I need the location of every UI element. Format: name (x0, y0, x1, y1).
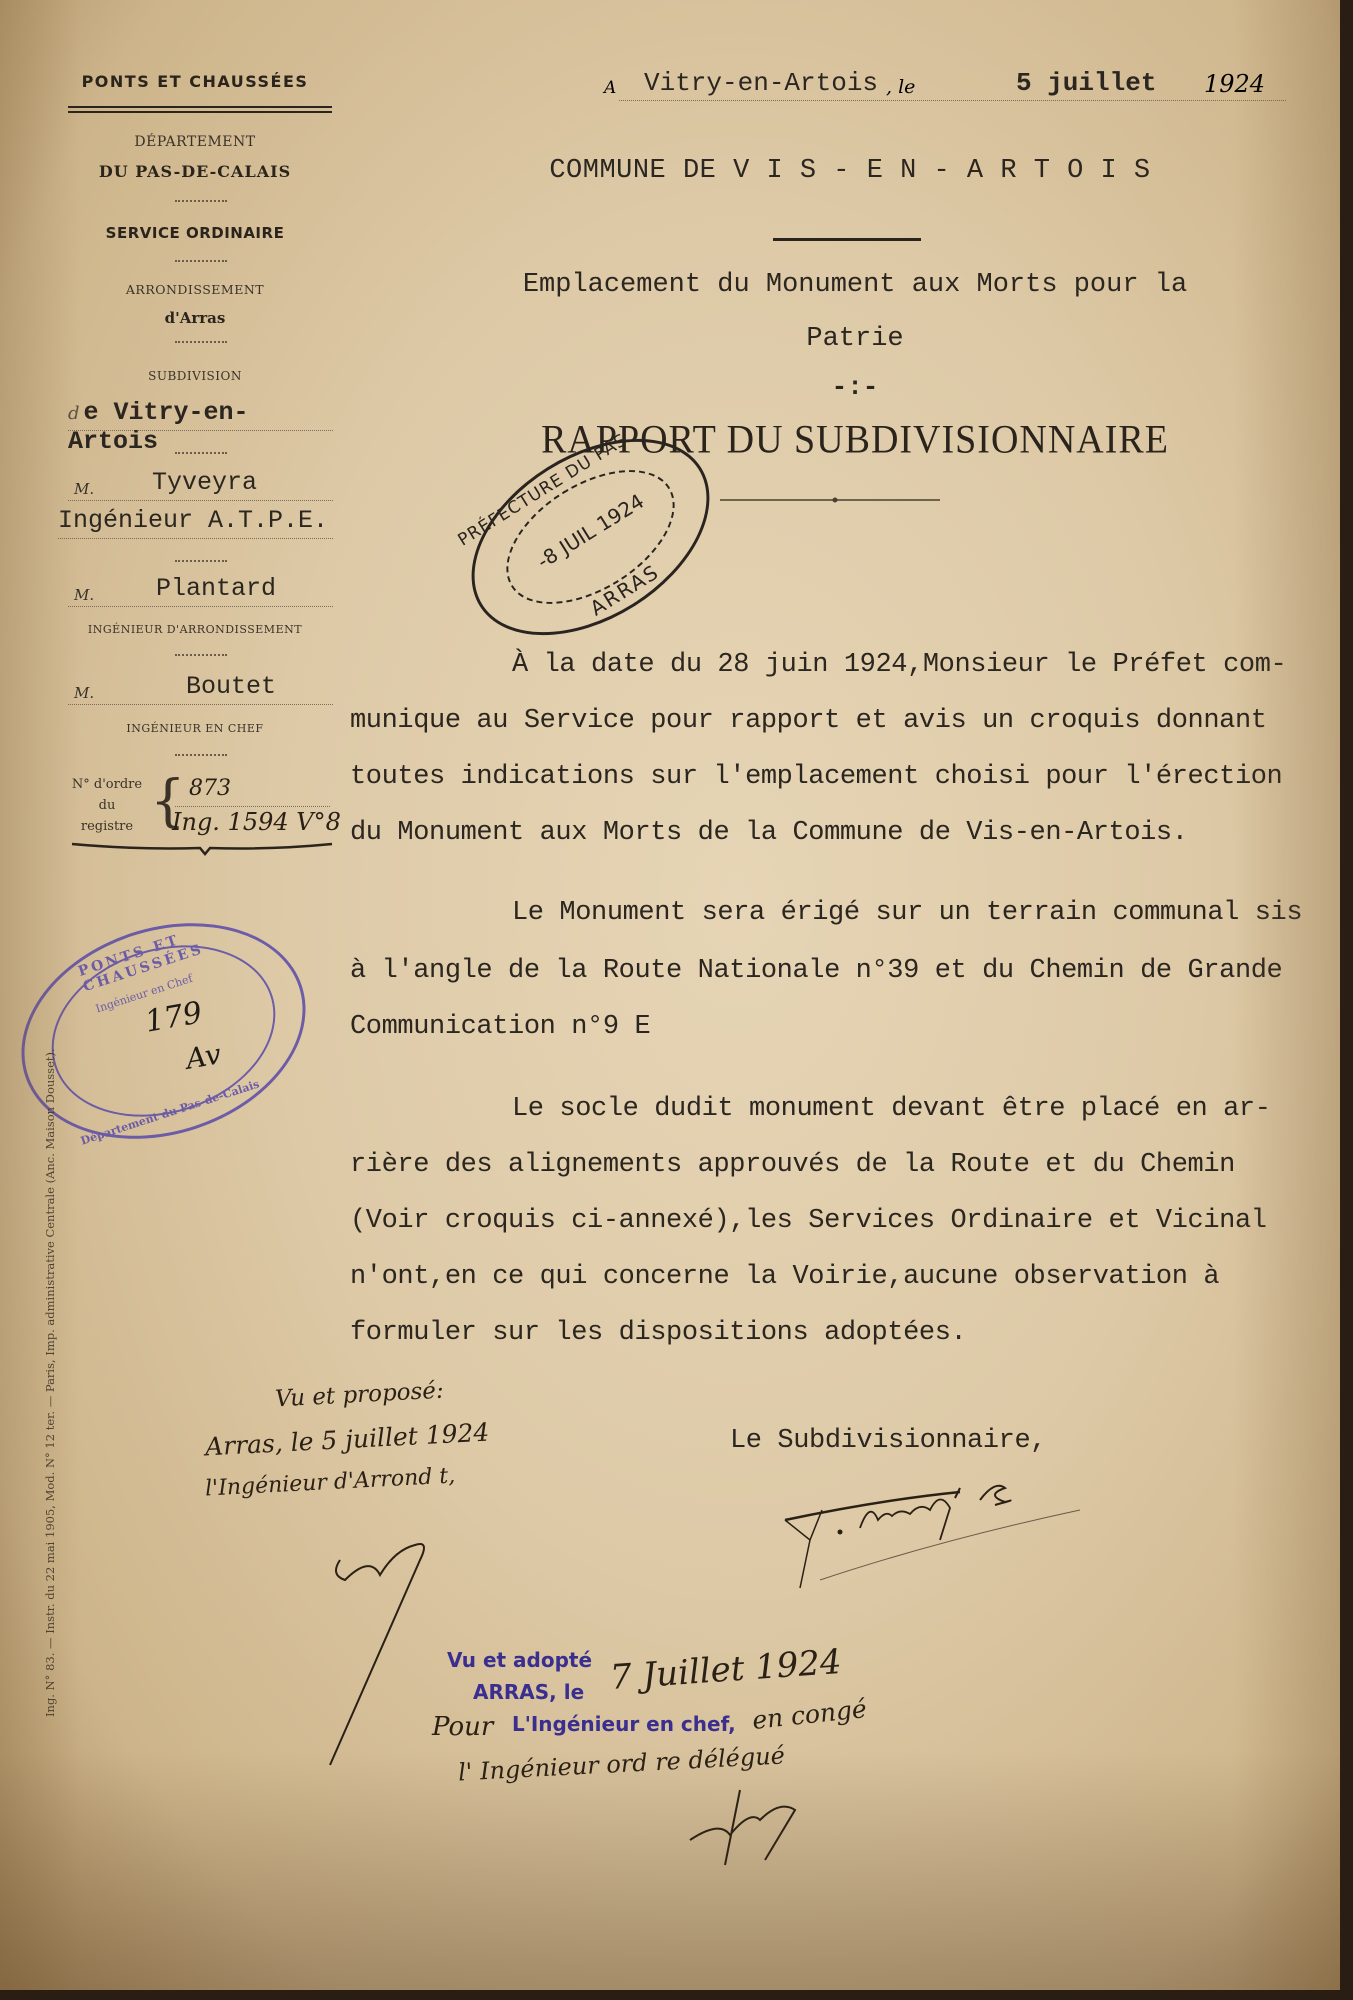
annotation-ingenieur-arrondissement: l'Ingénieur d'Arrond t, (205, 1463, 456, 1501)
ornament-divider (175, 750, 227, 756)
arrondissement-name: d'Arras (55, 309, 335, 327)
subdivision-prefix: d (68, 403, 80, 424)
register-label: N° d'ordre du registre (62, 774, 152, 837)
approval-en-conge: en congé (751, 1694, 868, 1735)
subdivision-label: SUBDIVISION (55, 369, 335, 383)
signature-closing: Le Subdivisionnaire, (730, 1426, 1046, 1456)
subdivisionnaire-signature-icon (780, 1480, 1120, 1600)
official-2-title: INGÉNIEUR D'ARRONDISSEMENT (55, 623, 335, 636)
official-2-prefix: M. (74, 586, 94, 604)
heading-rule (773, 238, 921, 241)
ornament-divider (175, 556, 227, 562)
official-3-field: M. Boutet (68, 674, 333, 705)
title-rule-ornament-icon (720, 494, 940, 506)
stamp-initials: Av (183, 1037, 223, 1076)
commune-heading: COMMUNE DE V I S - E N - A R T O I S (480, 156, 1220, 186)
place-name: Vitry-en-Artois (644, 68, 878, 98)
ornament-divider (175, 337, 227, 343)
paragraph-3-line-1: Le socle dudit monument devant être plac… (512, 1094, 1271, 1124)
paragraph-1-line-3: toutes indications sur l'emplacement cho… (350, 762, 1282, 792)
official-1-field: M. Tyveyra (68, 470, 333, 501)
register-label-line: N° d'ordre (62, 774, 152, 795)
ornament-divider (175, 196, 227, 202)
approver-signature-icon (680, 1760, 820, 1870)
register-number-field: 873 (175, 780, 330, 807)
approval-pour: Pour (432, 1712, 493, 1742)
approval-stamp-line-1: Vu et adopté (447, 1648, 592, 1672)
register-handwritten: Ing. 1594 V°8 (172, 808, 341, 836)
paragraph-2-line-1: Le Monument sera érigé sur un terrain co… (512, 898, 1302, 928)
paragraph-1-line-2: munique au Service pour rapport et avis … (350, 706, 1267, 736)
ornament-divider (175, 448, 227, 454)
place-prefix: A (604, 78, 616, 98)
subject-line-2: Patrie (480, 324, 1230, 354)
paragraph-2-line-2: à l'angle de la Route Nationale n°39 et … (350, 956, 1282, 986)
official-1-prefix: M. (74, 480, 94, 498)
ornament-divider (175, 650, 227, 656)
department-label: DÉPARTEMENT (55, 134, 335, 150)
paragraph-3-line-3: (Voir croquis ci-annexé),les Services Or… (350, 1206, 1267, 1236)
approval-date: 7 Juillet 1924 (609, 1642, 843, 1698)
official-2-name: Plantard (156, 574, 276, 603)
approval-vu-adopte: Vu et adopté (447, 1648, 592, 1672)
register-label-line: du (62, 795, 152, 816)
brace-ornament-icon (70, 840, 335, 858)
subdivision-field: d e Vitry-en-Artois (68, 398, 333, 431)
approval-arras-le: ARRAS, le (473, 1680, 584, 1704)
official-2-field: M. Plantard (68, 576, 333, 607)
paragraph-1-line-1: À la date du 28 juin 1924,Monsieur le Pr… (512, 650, 1286, 680)
paragraph-3-line-2: rière des alignements approuvés de la Ro… (350, 1150, 1235, 1180)
document-page: PONTS ET CHAUSSÉES DÉPARTEMENT DU PAS-DE… (0, 0, 1340, 1990)
subject-separator: -:- (480, 372, 1230, 402)
paragraph-1-line-4: du Monument aux Morts de la Commune de V… (350, 818, 1188, 848)
department-name: DU PAS-DE-CALAIS (55, 162, 335, 181)
official-1-title: Ingénieur A.T.P.E. (58, 506, 328, 535)
paragraph-3-line-5: formuler sur les dispositions adoptées. (350, 1318, 966, 1348)
official-1-title-field: Ingénieur A.T.P.E. (58, 506, 333, 539)
arrondissement-label: ARRONDISSEMENT (55, 282, 335, 297)
paragraph-2-line-3: Communication n°9 E (350, 1012, 650, 1042)
annotation-vu-propose: Vu et proposé: (274, 1378, 444, 1413)
organization-name: PONTS ET CHAUSSÉES (55, 72, 335, 91)
subject-line-1: Emplacement du Monument aux Morts pour l… (480, 270, 1230, 300)
ornament-divider (175, 256, 227, 262)
service-name: SERVICE ORDINAIRE (55, 224, 335, 242)
document-date: 5 juillet (1016, 68, 1156, 98)
official-3-name: Boutet (186, 672, 276, 701)
register-number: 873 (189, 776, 231, 801)
approval-ingenieur-en-chef: L'Ingénieur en chef, (512, 1712, 736, 1736)
printer-note: Ing. N° 83. — Instr. du 22 mai 1905, Mod… (43, 1017, 57, 1717)
place-date-line: A Vitry-en-Artois , le 5 juillet 1924 (604, 68, 1286, 104)
paragraph-3-line-4: n'ont,en ce qui concerne la Voirie,aucun… (350, 1262, 1219, 1292)
register-label-line: registre (62, 816, 152, 837)
date-separator: , le (886, 76, 915, 98)
annotation-arras-date: Arras, le 5 juillet 1924 (204, 1418, 490, 1462)
official-3-title: INGÉNIEUR EN CHEF (55, 722, 335, 735)
document-year: 1924 (1204, 70, 1265, 98)
double-rule (68, 106, 332, 113)
official-3-prefix: M. (74, 684, 94, 702)
official-1-name: Tyveyra (152, 468, 257, 497)
